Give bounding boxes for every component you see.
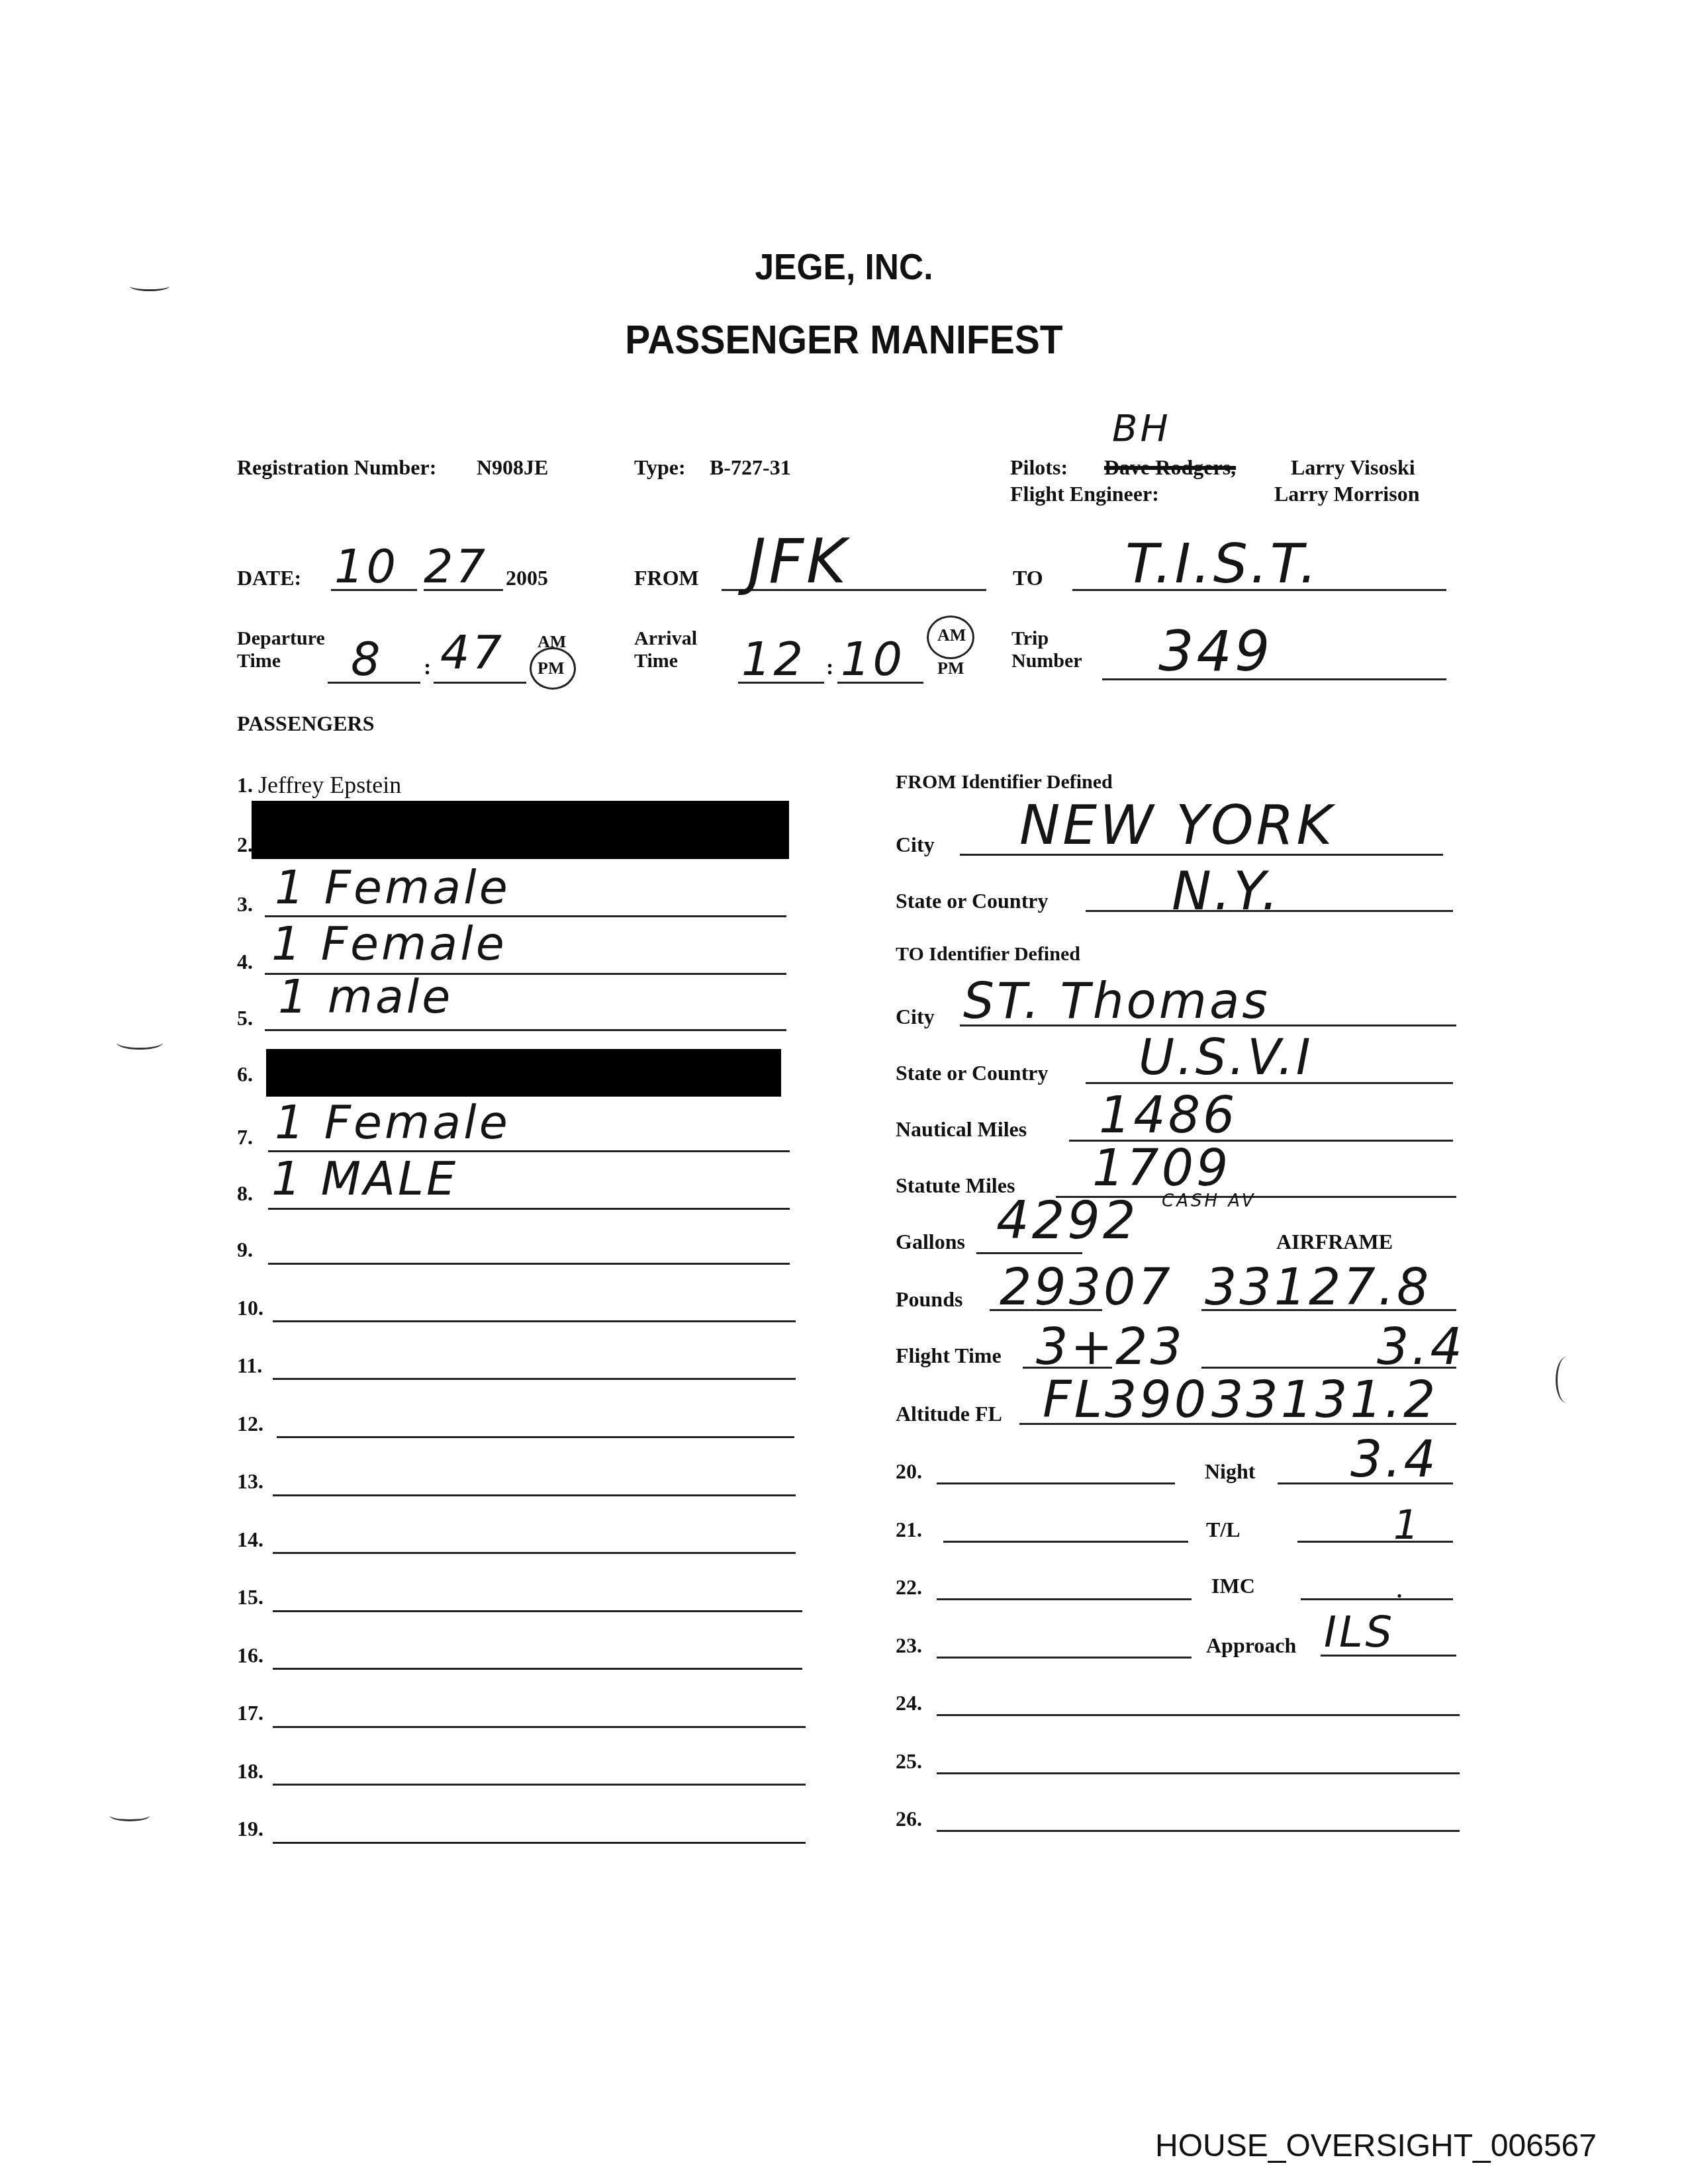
trip-number-label: Trip Number [1011, 627, 1082, 672]
passenger-16-number: 16. [237, 1643, 263, 1668]
departure-min: 47 [440, 625, 504, 680]
pilot-initials-handwritten: BH [1112, 407, 1171, 450]
passenger-10-line[interactable] [273, 1320, 796, 1322]
gallons: 4292 [996, 1191, 1139, 1251]
passenger-17-number: 17. [237, 1701, 263, 1725]
departure-colon: : [424, 655, 431, 680]
row-25-line[interactable] [937, 1772, 1460, 1774]
row-22-line[interactable] [937, 1598, 1192, 1600]
passenger-13-line[interactable] [273, 1494, 796, 1496]
passenger-12-number: 12. [237, 1412, 263, 1436]
flight-engineer: Larry Morrison [1274, 482, 1420, 506]
row-21-line[interactable] [943, 1541, 1188, 1543]
passenger-13-number: 13. [237, 1469, 263, 1494]
passenger-11-number: 11. [237, 1353, 262, 1378]
nautical-miles: 1486 [1099, 1085, 1237, 1144]
to-value: T.I.S.T. [1125, 533, 1319, 596]
row-24-number: 24. [896, 1691, 922, 1715]
imc-label: IMC [1211, 1574, 1255, 1598]
date-label: DATE: [237, 566, 301, 590]
passenger-1-number: 1. [237, 773, 253, 797]
passenger-11-line[interactable] [273, 1378, 796, 1380]
passenger-14-number: 14. [237, 1527, 263, 1552]
passenger-10-number: 10. [237, 1296, 263, 1320]
altitude-airframe: 33131.2 [1211, 1370, 1438, 1429]
date-month: 10 [334, 539, 399, 594]
flight-time-decimal: 3.4 [1377, 1317, 1465, 1376]
approach-label: Approach [1206, 1633, 1296, 1658]
airframe-hours: 33127.8 [1205, 1257, 1431, 1316]
passenger-5-line [265, 1029, 786, 1031]
registration-label: Registration Number: [237, 455, 436, 480]
passenger-5-number: 5. [237, 1006, 253, 1030]
passenger-17-line[interactable] [273, 1726, 806, 1728]
departure-label: Departure Time [237, 627, 325, 672]
to-identifier-heading: TO Identifier Defined [896, 943, 1080, 966]
row-21-number: 21. [896, 1518, 922, 1542]
row-22-number: 22. [896, 1575, 922, 1600]
from-identifier-heading: FROM Identifier Defined [896, 771, 1113, 794]
passenger-9-line[interactable] [268, 1263, 790, 1265]
arrival-min: 10 [841, 632, 905, 686]
row-20-line[interactable] [937, 1482, 1175, 1484]
gallons-line [976, 1252, 1082, 1254]
passenger-19-line[interactable] [273, 1842, 806, 1844]
pounds: 29307 [1000, 1257, 1173, 1316]
altitude-label: Altitude FL [896, 1402, 1002, 1426]
tl-label: T/L [1206, 1518, 1241, 1542]
flight-time: 3+23 [1036, 1317, 1185, 1376]
scan-mark [110, 1810, 150, 1821]
passenger-2-number: 2. [237, 833, 253, 857]
nautical-miles-label: Nautical Miles [896, 1117, 1027, 1142]
passenger-6-redaction [266, 1049, 781, 1097]
flight-time-label: Flight Time [896, 1343, 1002, 1368]
type-label: Type: [634, 455, 686, 480]
pilot-2: Larry Visoski [1291, 455, 1415, 480]
from-state-label: State or Country [896, 889, 1049, 913]
passenger-8-value: 1 MALE [271, 1152, 458, 1206]
to-city: ST. Thomas [963, 973, 1270, 1030]
page-title: PASSENGER MANIFEST [68, 316, 1620, 363]
passenger-3-number: 3. [237, 892, 253, 917]
passenger-1-name: Jeffrey Epstein [258, 771, 401, 799]
row-23-number: 23. [896, 1633, 922, 1658]
row-23-line[interactable] [937, 1657, 1192, 1659]
passenger-2-redaction [252, 801, 789, 859]
passenger-4-value: 1 Female [271, 917, 507, 971]
passenger-4-number: 4. [237, 950, 253, 974]
registration-value: N908JE [477, 455, 548, 480]
arrival-hour: 12 [741, 632, 806, 686]
altitude: FL390 [1043, 1370, 1209, 1429]
imc-value: . [1397, 1578, 1402, 1603]
passenger-15-number: 15. [237, 1585, 263, 1610]
imc-line [1301, 1598, 1453, 1600]
departure-min-line [434, 682, 526, 684]
date-year: 2005 [506, 566, 548, 590]
passenger-14-line[interactable] [273, 1552, 796, 1554]
departure-pm-circle [530, 647, 576, 690]
to-state-label: State or Country [896, 1061, 1049, 1085]
pounds-label: Pounds [896, 1287, 962, 1312]
company-name: JEGE, INC. [68, 245, 1620, 288]
flight-engineer-label: Flight Engineer: [1010, 482, 1159, 506]
arrival-am-circle [927, 615, 974, 659]
departure-hour: 8 [351, 632, 383, 686]
passenger-7-value: 1 Female [275, 1095, 510, 1150]
pilot-1-struck: Dave Rodgers, [1104, 455, 1236, 480]
row-26-number: 26. [896, 1807, 922, 1831]
night-label: Night [1205, 1459, 1255, 1484]
trip-number-line [1102, 678, 1446, 680]
tl-line [1297, 1541, 1453, 1543]
passenger-18-line[interactable] [273, 1784, 806, 1786]
bates-number: HOUSE_OVERSIGHT_006567 [1155, 2128, 1597, 2164]
statute-miles: 1709 [1092, 1138, 1231, 1197]
arrival-colon: : [826, 655, 833, 680]
row-26-line[interactable] [937, 1830, 1460, 1832]
passenger-8-number: 8. [237, 1181, 253, 1206]
from-city: NEW YORK [1019, 794, 1335, 857]
airframe-label: AIRFRAME [1276, 1230, 1393, 1254]
night-value: 3.4 [1350, 1430, 1438, 1488]
passenger-15-line[interactable] [273, 1610, 802, 1612]
tl-value: 1 [1393, 1502, 1421, 1549]
scan-mark [130, 281, 169, 291]
row-24-line[interactable] [937, 1714, 1460, 1716]
trip-number: 349 [1158, 619, 1272, 684]
from-value: JFK [748, 526, 849, 597]
type-value: B-727-31 [710, 455, 791, 480]
arrival-label: Arrival Time [634, 627, 697, 672]
passenger-19-number: 19. [237, 1817, 263, 1841]
passenger-6-number: 6. [237, 1062, 253, 1087]
passenger-12-line[interactable] [277, 1436, 794, 1438]
from-city-label: City [896, 833, 935, 857]
gallons-label: Gallons [896, 1230, 965, 1254]
to-city-label: City [896, 1005, 935, 1029]
date-day: 27 [424, 539, 488, 594]
passenger-7-number: 7. [237, 1125, 253, 1150]
from-label: FROM [634, 566, 699, 590]
row-20-number: 20. [896, 1459, 922, 1484]
passenger-5-value: 1 male [278, 970, 453, 1024]
passenger-16-line[interactable] [273, 1668, 802, 1670]
from-state: N.Y. [1172, 860, 1281, 922]
scan-mark [117, 1036, 163, 1050]
passenger-3-value: 1 Female [275, 860, 510, 915]
passenger-18-number: 18. [237, 1759, 263, 1784]
gallons-note: CASH AV [1162, 1191, 1256, 1211]
row-25-number: 25. [896, 1749, 922, 1774]
pilots-label: Pilots: [1010, 455, 1068, 480]
passenger-9-number: 9. [237, 1238, 253, 1262]
arrival-pm-option: PM [937, 659, 964, 678]
passenger-8-line [268, 1208, 790, 1210]
scan-mark [1556, 1357, 1577, 1403]
to-label: TO [1013, 566, 1043, 590]
passengers-heading: PASSENGERS [237, 711, 374, 736]
approach-value: ILS [1324, 1608, 1395, 1657]
to-state: U.S.V.I [1139, 1029, 1313, 1086]
